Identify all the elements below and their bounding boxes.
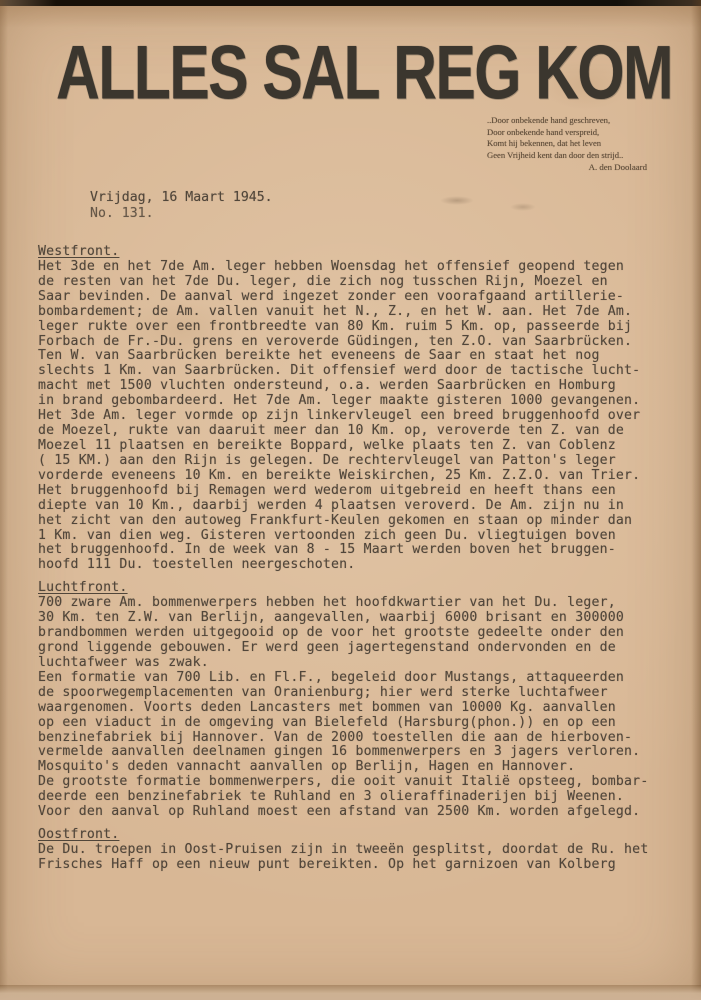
section-heading-westfront: Westfront.: [38, 245, 672, 260]
ink-smudge: [510, 203, 536, 211]
date-block: Vrijdag, 16 Maart 1945. No. 131.: [90, 190, 273, 221]
section-westfront: Westfront. Het 3de en het 7de Am. leger …: [38, 245, 672, 573]
paper-edge-left: [0, 0, 8, 1000]
section-heading-oostfront: Oostfront.: [38, 828, 672, 843]
section-body-oostfront: De Du. troepen in Oost-Pruisen zijn in t…: [38, 843, 672, 873]
motto-attribution: A. den Doolaard: [487, 162, 647, 172]
paper-edge-right: [691, 0, 701, 1000]
section-luchtfront: Luchtfront. 700 zware Am. bommenwerpers …: [38, 581, 672, 820]
section-heading-luchtfront: Luchtfront.: [38, 581, 672, 596]
section-body-westfront: Het 3de en het 7de Am. leger hebben Woen…: [38, 260, 672, 573]
newspaper-masthead: ALLES SAL REG KOM: [56, 28, 672, 116]
document-page: ALLES SAL REG KOM ..Door onbekende hand …: [0, 0, 701, 1000]
date-line: Vrijdag, 16 Maart 1945.: [90, 190, 273, 206]
ink-smudge: [440, 196, 474, 205]
section-oostfront: Oostfront. De Du. troepen in Oost-Pruise…: [38, 828, 672, 873]
section-body-luchtfront: 700 zware Am. bommenwerpers hebben het h…: [38, 596, 672, 820]
paper-edge-bottom: [0, 985, 701, 1000]
motto-verse: ..Door onbekende hand geschreven, Door o…: [487, 115, 659, 161]
news-body: Westfront. Het 3de en het 7de Am. leger …: [38, 245, 672, 881]
issue-number: No. 131.: [90, 206, 273, 222]
